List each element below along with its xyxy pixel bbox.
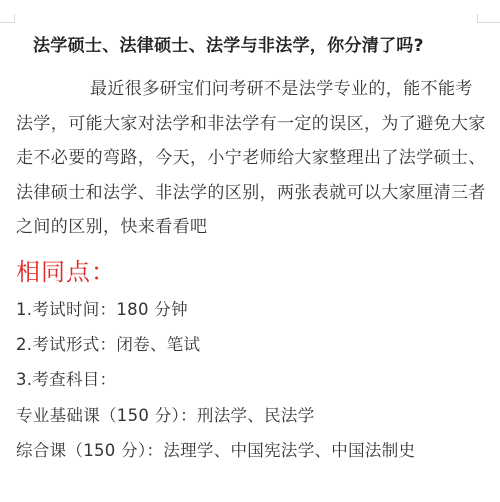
list-item-exam-subjects: 3.考查科目：	[16, 362, 415, 397]
intro-paragraph: 最近很多研宝们问考研不是法学专业的，能不能考法学，可能大家对法学和非法学有一定的…	[16, 72, 486, 245]
list-item-exam-time: 1.考试时间：180 分钟	[16, 292, 415, 327]
list-item-comprehensive-course: 综合课（150 分）：法理学、中国宪法学、中国法制史	[16, 433, 415, 468]
section-heading-similarities: 相同点：	[16, 252, 116, 287]
similarities-list: 1.考试时间：180 分钟 2.考试形式：闭卷、笔试 3.考查科目： 专业基础课…	[16, 292, 415, 468]
list-item-basic-course: 专业基础课（150 分）：刑法学、民法学	[16, 398, 415, 433]
page-corner-mark-right	[477, 14, 500, 23]
list-item-exam-format: 2.考试形式：闭卷、笔试	[16, 327, 415, 362]
article-title: 法学硕士、法律硕士、法学与非法学，你分清了吗?	[33, 31, 424, 56]
page-corner-mark-left	[0, 14, 15, 23]
